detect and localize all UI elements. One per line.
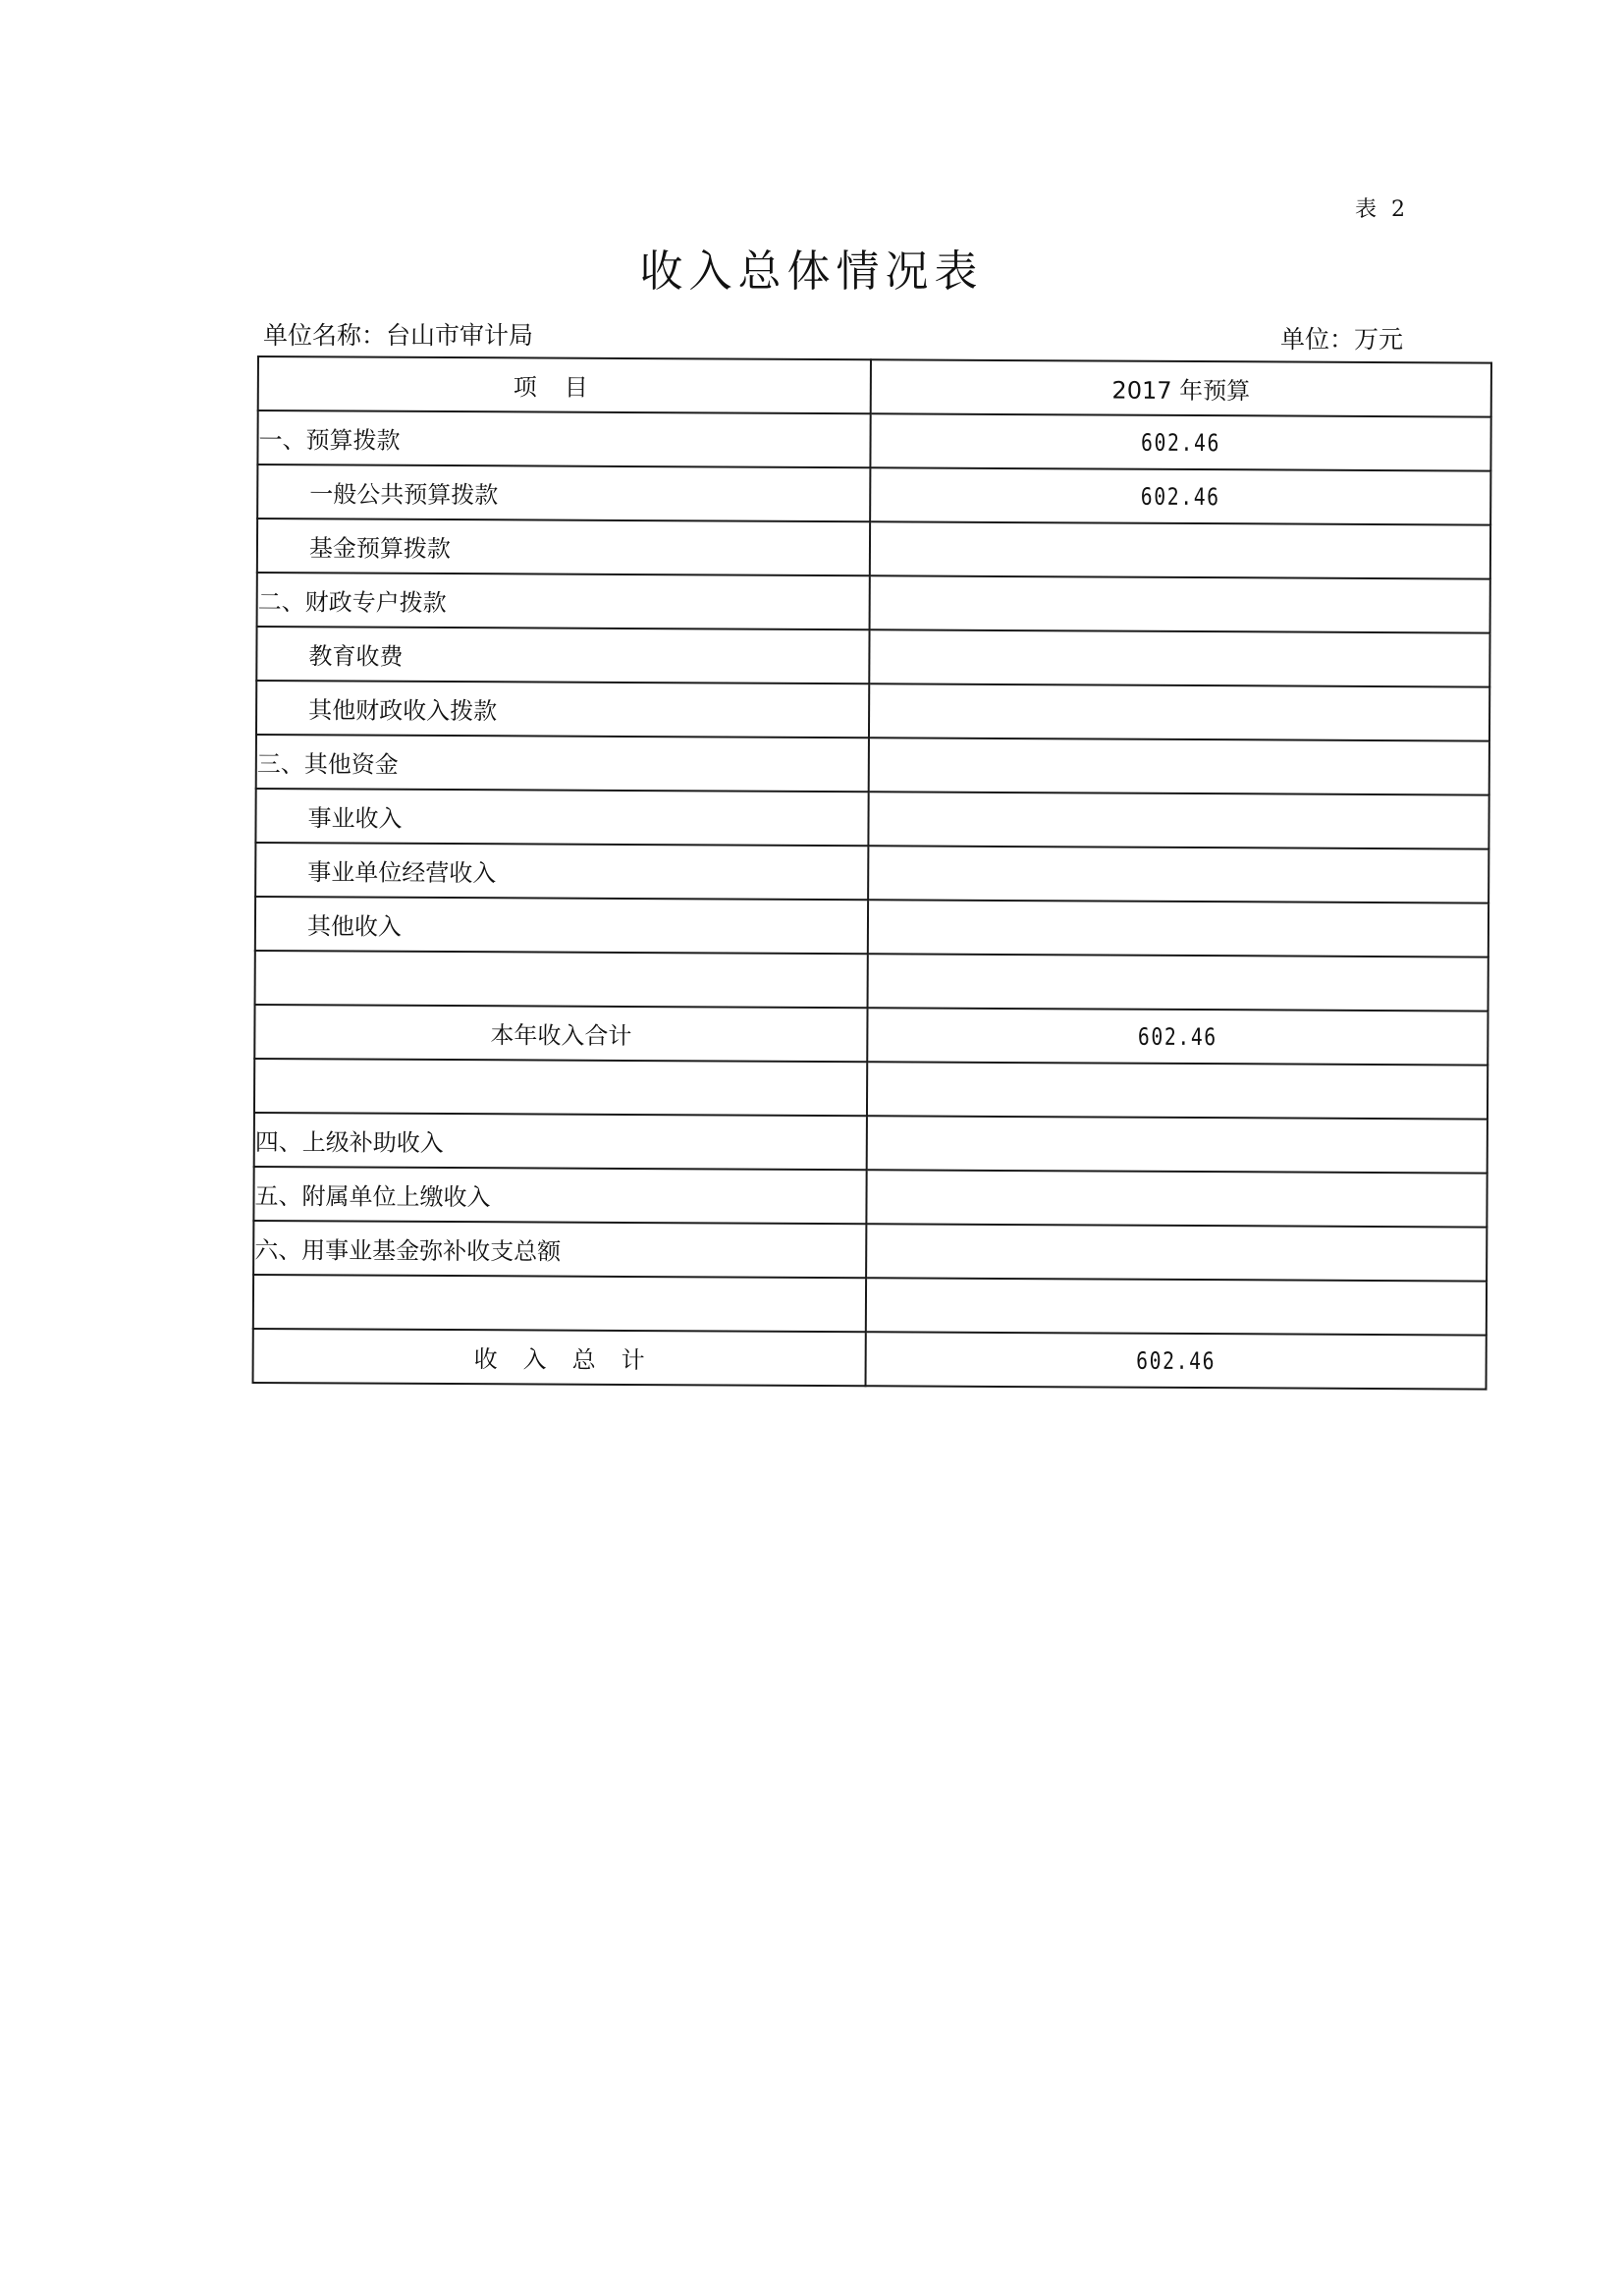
row-label: 基金预算拨款 bbox=[257, 519, 870, 575]
row-label: 二、财政专户拨款 bbox=[257, 573, 870, 629]
column-header-item: 项目 bbox=[258, 356, 871, 413]
currency-unit: 单位：万元 bbox=[1280, 320, 1403, 355]
row-label bbox=[254, 1059, 867, 1116]
row-label: 事业单位经营收入 bbox=[255, 843, 868, 900]
row-value: 602.46 bbox=[926, 414, 1435, 471]
row-value bbox=[925, 738, 1434, 795]
row-label: 教育收费 bbox=[256, 627, 869, 683]
row-label bbox=[255, 951, 868, 1008]
row-value bbox=[926, 522, 1435, 579]
table-row: 五、附属单位上缴收入 bbox=[253, 1167, 1487, 1228]
row-label: 五、附属单位上缴收入 bbox=[253, 1167, 866, 1224]
table-row: 二、财政专户拨款 bbox=[257, 573, 1490, 633]
row-value bbox=[923, 1063, 1433, 1120]
row-value bbox=[924, 847, 1434, 903]
table-row: 基金预算拨款 bbox=[257, 519, 1490, 579]
table-row: 一般公共预算拨款 602.46 bbox=[257, 465, 1490, 525]
table-row: 一、预算拨款 602.46 bbox=[257, 410, 1490, 471]
table-row: 事业单位经营收入 bbox=[255, 843, 1488, 903]
row-label: 其他财政收入拨款 bbox=[256, 681, 869, 738]
table-row-total: 收入总计 602.46 bbox=[253, 1329, 1487, 1390]
row-label: 六、用事业基金弥补收支总额 bbox=[253, 1221, 866, 1278]
row-value bbox=[925, 576, 1434, 633]
table-row: 事业收入 bbox=[255, 789, 1488, 849]
table-header-row: 项目 2017 年预算 bbox=[258, 356, 1491, 417]
income-summary-table: 项目 2017 年预算 一、预算拨款 602.46 一般公共预算拨款 602.4… bbox=[252, 355, 1492, 1391]
row-label bbox=[253, 1275, 866, 1332]
row-label: 事业收入 bbox=[255, 789, 868, 846]
row-label: 四、上级补助收入 bbox=[254, 1113, 867, 1170]
document-title: 收入总体情况表 bbox=[0, 236, 1623, 299]
row-label: 其他收入 bbox=[255, 897, 868, 954]
row-value: 602.46 bbox=[926, 468, 1435, 525]
table-row: 其他财政收入拨款 bbox=[256, 681, 1489, 741]
row-value bbox=[922, 1279, 1432, 1336]
table-row-empty bbox=[253, 1275, 1487, 1336]
page-label: 表 2 bbox=[1355, 192, 1409, 223]
unit-name: 单位名称：台山市审计局 bbox=[263, 316, 533, 352]
row-value bbox=[925, 630, 1434, 687]
row-value bbox=[923, 955, 1433, 1011]
column-header-budget-2017: 2017 年预算 bbox=[871, 359, 1491, 416]
subtotal-label: 本年收入合计 bbox=[254, 1005, 867, 1062]
table-row: 教育收费 bbox=[256, 627, 1489, 687]
total-label: 收入总计 bbox=[253, 1329, 866, 1386]
table-row: 其他收入 bbox=[255, 897, 1488, 957]
row-value bbox=[925, 684, 1434, 741]
table-row-subtotal: 本年收入合计 602.46 bbox=[254, 1005, 1488, 1066]
row-value bbox=[924, 901, 1434, 957]
row-label: 三、其他资金 bbox=[256, 735, 869, 792]
total-value: 602.46 bbox=[921, 1333, 1431, 1390]
table-row: 六、用事业基金弥补收支总额 bbox=[253, 1221, 1487, 1282]
row-label: 一、预算拨款 bbox=[257, 410, 870, 467]
row-label: 一般公共预算拨款 bbox=[257, 465, 870, 521]
row-value bbox=[922, 1171, 1432, 1228]
row-value bbox=[922, 1225, 1432, 1282]
table-row-empty bbox=[254, 1059, 1488, 1120]
row-value bbox=[924, 793, 1434, 849]
table-row: 三、其他资金 bbox=[256, 735, 1489, 795]
meta-row: 单位名称：台山市审计局 单位：万元 bbox=[263, 316, 1412, 352]
row-value bbox=[923, 1117, 1433, 1174]
table-row: 四、上级补助收入 bbox=[254, 1113, 1488, 1174]
subtotal-value: 602.46 bbox=[923, 1009, 1433, 1066]
table-row-empty bbox=[255, 951, 1488, 1011]
